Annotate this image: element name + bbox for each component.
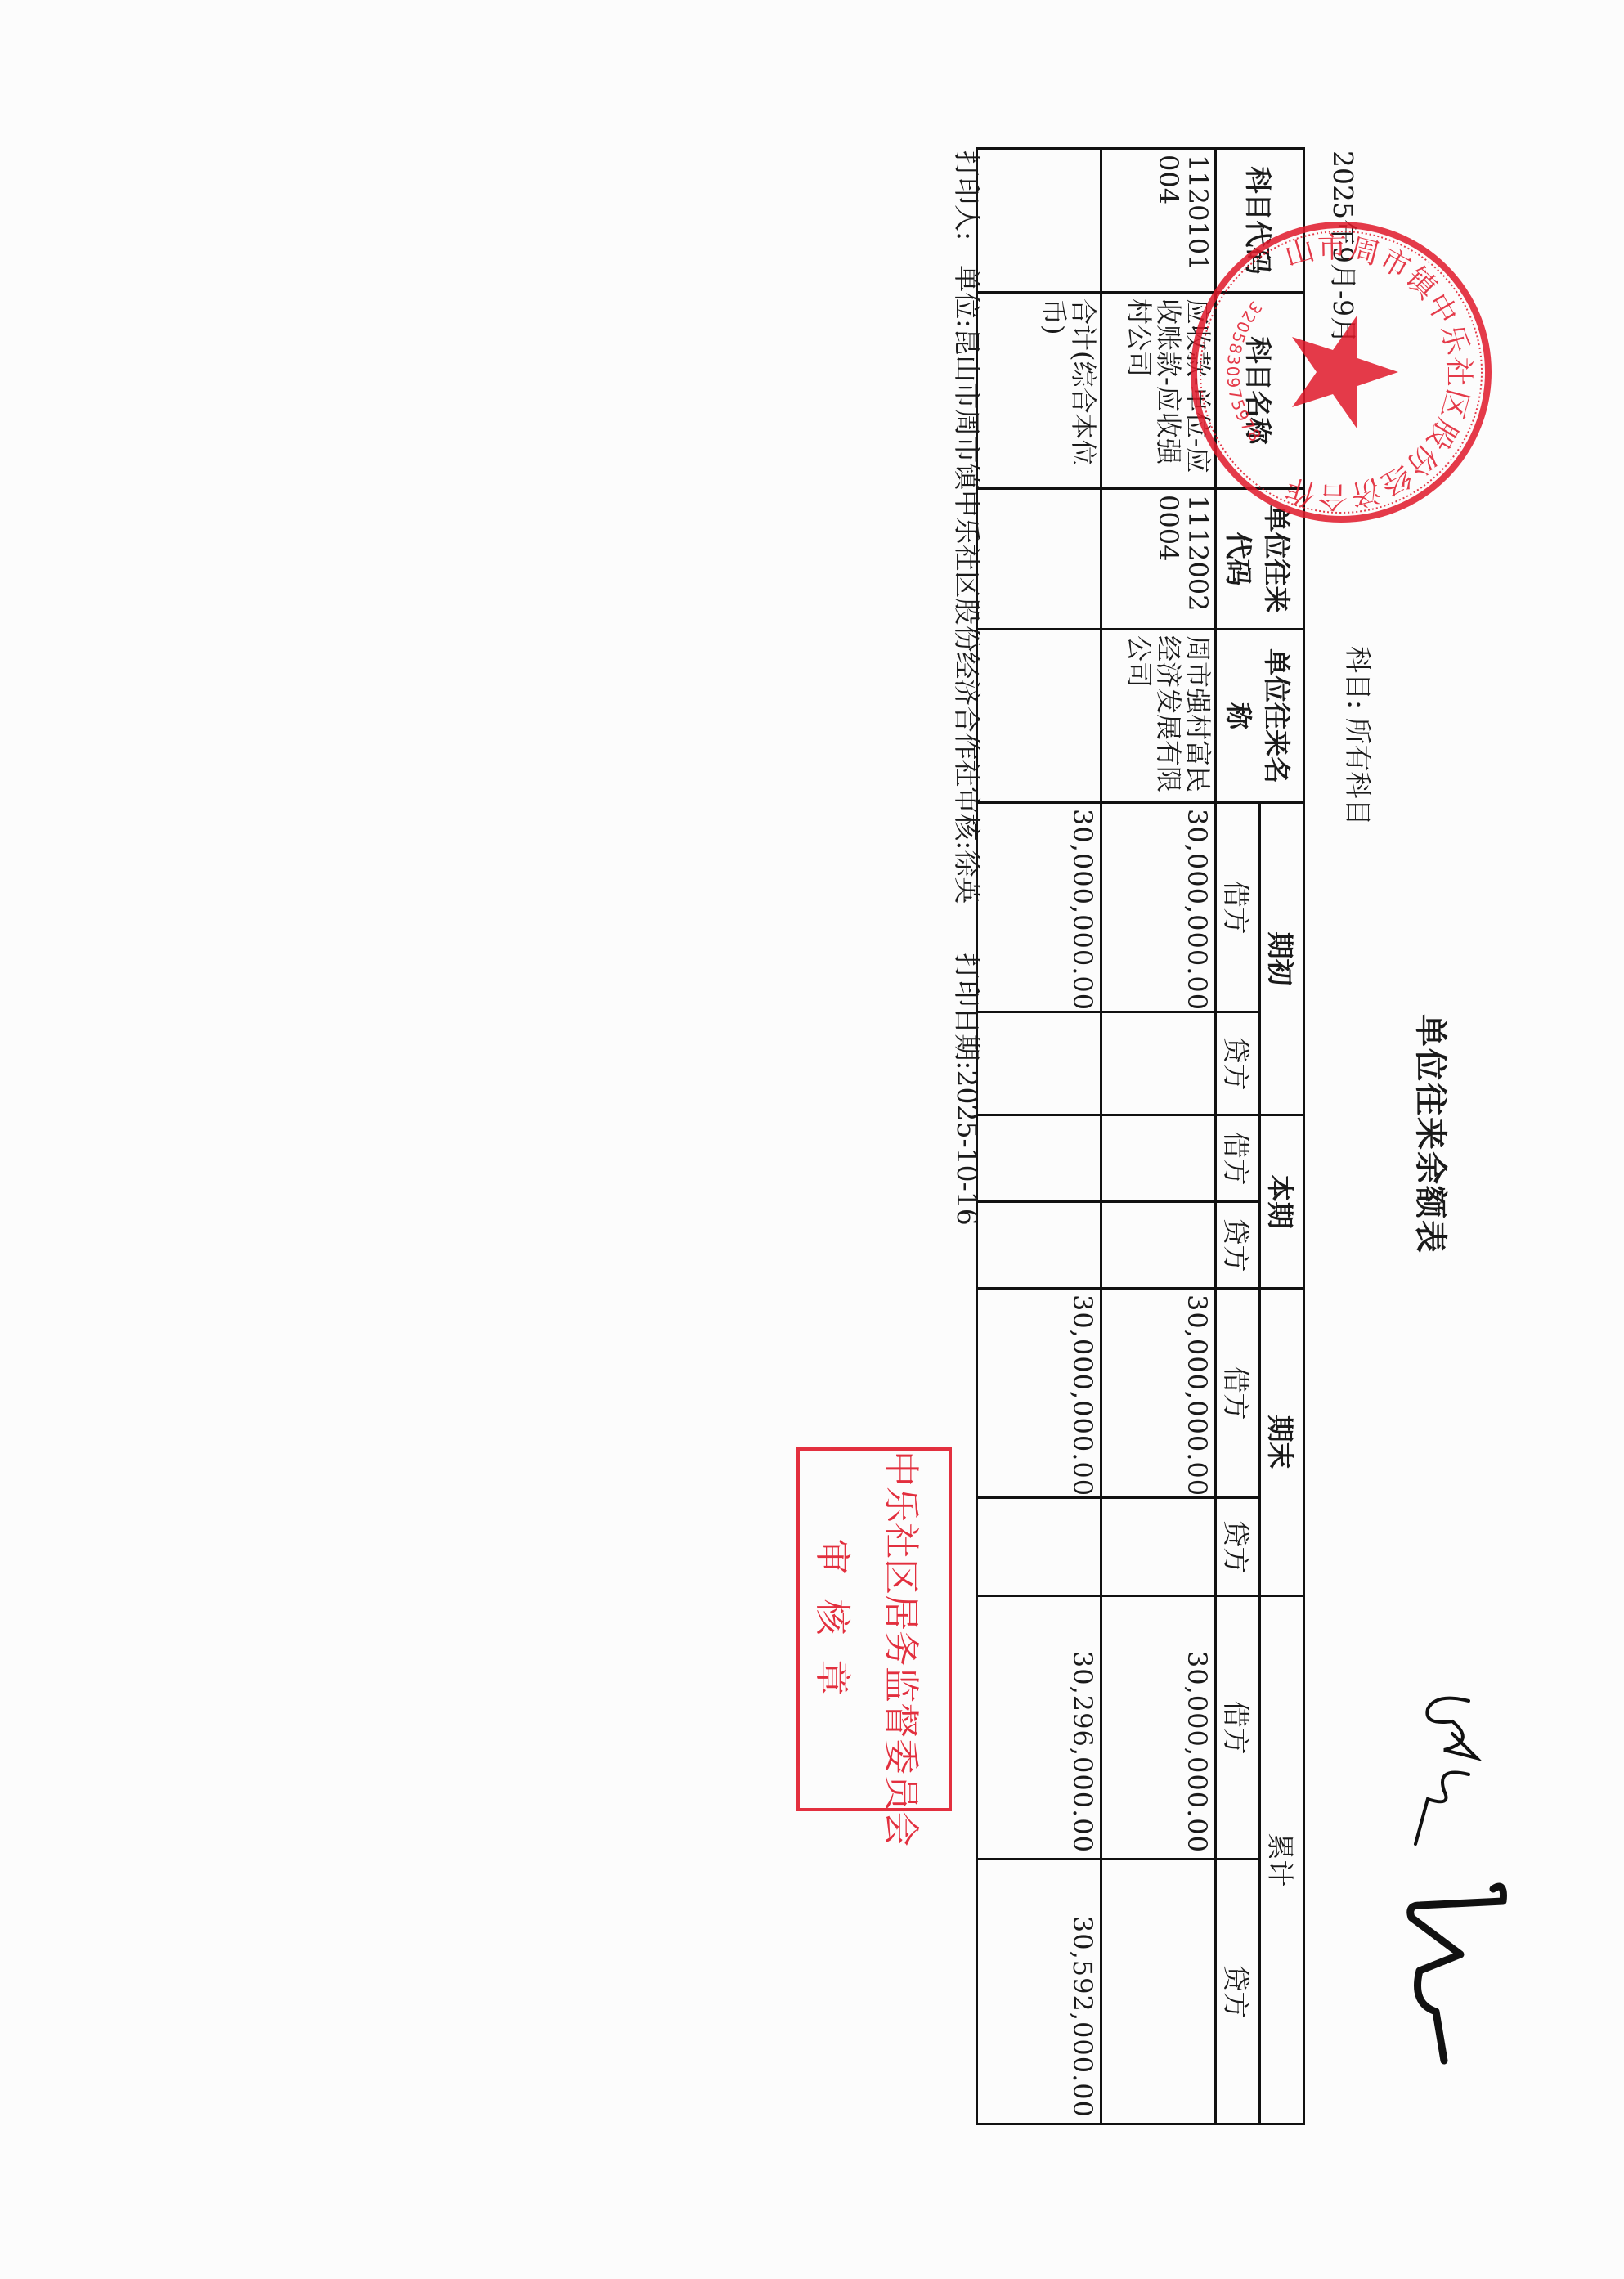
col-opening-debit: 借方 (1216, 803, 1260, 1012)
unit-name: 昆山市周市镇中乐社区股份经济合作社 (951, 328, 983, 787)
col-opening-credit: 贷方 (1216, 1012, 1260, 1115)
cell-total-cumulative-credit: 30,592,000.00 (977, 1860, 1101, 2124)
col-current-debit: 借方 (1216, 1115, 1260, 1202)
cell-total-opening-credit (977, 1012, 1101, 1115)
document-page: 单位往来余额表 2025年9月-9月 科目: 所有科目 科目代码 科目名称 单位… (0, 0, 1624, 2279)
col-opening: 期初 (1260, 803, 1304, 1115)
col-current-credit: 贷方 (1216, 1202, 1260, 1289)
cell-current-credit (1101, 1202, 1216, 1289)
unit-label: 单位: (951, 265, 983, 328)
print-date: 2025-10-16 (951, 1070, 983, 1226)
col-current: 本期 (1260, 1115, 1304, 1289)
cell-closing-credit (1101, 1498, 1216, 1596)
reviewer-label: 审核: (951, 787, 983, 850)
cell-total-blank (977, 630, 1101, 803)
cell-opening-credit (1101, 1012, 1216, 1115)
review-stamp-line1: 中乐社区居务监督委员会 (878, 1451, 931, 1808)
cell-total-opening-debit: 30,000,000.00 (977, 803, 1101, 1012)
signature-2-icon (1387, 1881, 1510, 2069)
cell-total-closing-credit (977, 1498, 1101, 1596)
cell-closing-debit: 30,000,000.00 (1101, 1289, 1216, 1498)
cell-current-debit (1101, 1115, 1216, 1202)
printer-label: 打印人: (951, 150, 983, 240)
print-date-label: 打印日期: (951, 953, 983, 1070)
review-stamp: 中乐社区居务监督委员会 审核章 (796, 1447, 952, 1811)
col-closing-credit: 贷方 (1216, 1498, 1260, 1596)
cell-total-current-credit (977, 1202, 1101, 1289)
footer-line: 打印人:单位:昆山市周市镇中乐社区股份经济合作社审核:徐英打印日期:2025-1… (949, 150, 988, 1226)
cell-opening-debit: 30,000,000.00 (1101, 803, 1216, 1012)
review-stamp-line2: 审核章 (810, 1451, 862, 1808)
cell-total-blank (977, 149, 1101, 293)
report-title: 单位往来余额表 (1410, 1014, 1456, 1292)
col-closing: 期末 (1260, 1289, 1304, 1596)
col-closing-debit: 借方 (1216, 1289, 1260, 1498)
col-cumulative-debit: 借方 (1216, 1596, 1260, 1860)
cell-total-cumulative-debit: 30,296,000.00 (977, 1596, 1101, 1860)
col-counterparty-name: 单位往来名称 (1216, 630, 1304, 803)
col-cumulative-credit: 贷方 (1216, 1860, 1260, 2124)
cell-total-blank (977, 489, 1101, 630)
reviewer-name: 徐英 (951, 850, 983, 904)
cell-cumulative-credit (1101, 1860, 1216, 2124)
total-row: 合计(综合本位币) 30,000,000.00 30,000,000.00 30… (977, 149, 1101, 2124)
cell-total-label: 合计(综合本位币) (977, 293, 1101, 489)
cell-total-closing-debit: 30,000,000.00 (977, 1289, 1101, 1498)
cell-cumulative-debit: 30,000,000.00 (1101, 1596, 1216, 1860)
signature-1-icon (1403, 1685, 1501, 1848)
svg-text:3205830975978: 3205830975978 (1223, 298, 1267, 446)
cell-total-current-debit (977, 1115, 1101, 1202)
cell-counterparty-name: 周市强村富民经济发展有限公司 (1101, 630, 1216, 803)
round-seal-icon: 昆山市周市镇中乐社区股份经济合作社 3205830975978 (1186, 217, 1496, 527)
subject-filter: 科目: 所有科目 (1340, 646, 1379, 826)
col-cumulative: 累计 (1260, 1596, 1304, 2124)
